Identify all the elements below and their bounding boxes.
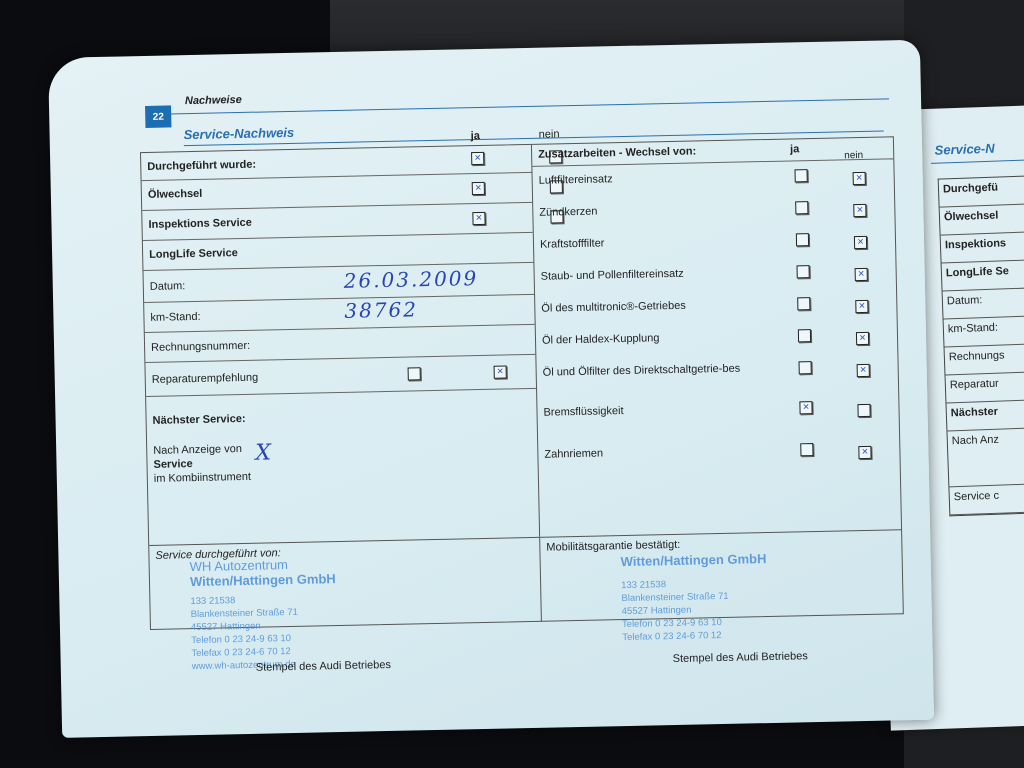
km-value[interactable]: 38762 xyxy=(344,297,418,323)
facing-page-title: Service-N xyxy=(934,141,994,158)
extras-label: Zahnriemen xyxy=(544,444,764,461)
right-column: Zusatzarbeiten - Wechsel von: ja nein Lu… xyxy=(532,137,901,536)
extras-label: Zündkerzen xyxy=(539,202,759,219)
checkbox-ja[interactable] xyxy=(797,265,810,278)
checkbox-nein[interactable]: × xyxy=(858,446,871,459)
service-by-cell: Service durchgeführt von: WH Autozentrum… xyxy=(149,538,542,630)
rechnung-label: Rechnungsnummer: xyxy=(151,340,250,354)
checkbox-ja[interactable]: × xyxy=(472,212,485,225)
page-title: Service-Nachweis xyxy=(183,125,294,142)
section-heading: Nachweise xyxy=(185,94,242,107)
facing-row: Service c xyxy=(949,484,1024,515)
ja-header: ja xyxy=(471,130,480,142)
km-label: km-Stand: xyxy=(150,311,200,324)
checkbox-ja[interactable] xyxy=(800,443,813,456)
extras-label: Öl und Ölfilter des Direktschaltgetrie-b… xyxy=(543,362,763,379)
reparatur-row: Reparaturempfehlung × xyxy=(145,355,536,397)
checkbox-ja[interactable] xyxy=(797,297,810,310)
stamp-line: Telefax 0 23 24-6 70 12 xyxy=(622,628,768,644)
facing-row: Rechnungs xyxy=(945,344,1024,375)
service-label: Ölwechsel xyxy=(148,188,203,201)
facing-row: Inspektions xyxy=(941,232,1024,263)
extras-label: Luftfiltereinsatz xyxy=(539,170,759,187)
datum-value[interactable]: 26.03.2009 xyxy=(343,266,478,293)
checkbox-nein[interactable]: × xyxy=(854,236,867,249)
mobility-label: Mobilitätsgarantie bestätigt: xyxy=(546,539,680,554)
facing-row: km-Stand: xyxy=(944,316,1024,347)
facing-rows: Durchgefü Ölwechsel Inspektions LongLife… xyxy=(938,175,1024,516)
stamp-line: Witten/Hattingen GmbH xyxy=(621,551,767,569)
nach-anzeige-mark[interactable]: X xyxy=(255,440,273,465)
facing-row: Nach Anz xyxy=(947,428,1024,487)
datum-label: Datum: xyxy=(150,280,186,293)
facing-row: LongLife Se xyxy=(942,260,1024,291)
extras-label: Öl des multitronic®-Getriebes xyxy=(541,298,761,315)
extras-row: Bremsflüssigkeit× xyxy=(537,391,899,441)
checkbox-nein[interactable]: × xyxy=(855,268,868,281)
page-number-tab: 22 xyxy=(145,105,171,128)
left-column: ja nein Durchgeführt wurde: × Ölwechsel … xyxy=(141,145,540,545)
performed-label: Durchgeführt wurde: xyxy=(147,159,256,173)
nach-anzeige-line1: Nach Anzeige von xyxy=(153,443,242,457)
reparatur-label: Reparaturempfehlung xyxy=(152,372,259,386)
facing-row: Ölwechsel xyxy=(940,204,1024,235)
stamp-caption: Stempel des Audi Betriebes xyxy=(256,659,391,674)
checkbox-nein[interactable]: × xyxy=(856,332,869,345)
extras-row: Zahnriemen× xyxy=(538,433,900,485)
booklet-page: 22 Nachweise Service-Nachweis ja nein Du… xyxy=(48,40,934,738)
checkbox-ja[interactable] xyxy=(795,201,808,214)
checkbox-reparatur-ja[interactable] xyxy=(408,367,421,380)
checkbox-ja[interactable] xyxy=(796,233,809,246)
extras-label: Bremsflüssigkeit xyxy=(543,402,763,419)
stamp-section: Service durchgeführt von: WH Autozentrum… xyxy=(149,529,903,630)
facing-row: Nächster xyxy=(946,400,1024,431)
facing-row: Reparatur xyxy=(946,372,1024,403)
extras-label: Öl der Haldex-Kupplung xyxy=(542,330,762,347)
service-label: Inspektions Service xyxy=(148,217,252,231)
checkbox-ja[interactable]: × xyxy=(471,152,484,165)
stamp-line: Witten/Hattingen GmbH xyxy=(190,571,336,589)
stamp-caption: Stempel des Audi Betriebes xyxy=(673,650,808,665)
ja-header: ja xyxy=(790,143,799,155)
nach-anzeige-line3: im Kombiinstrument xyxy=(154,471,251,485)
nach-anzeige-line2: Service xyxy=(153,458,192,471)
nein-header: nein xyxy=(539,128,560,140)
checkbox-nein[interactable]: × xyxy=(855,300,868,313)
extras-label: Staub- und Pollenfiltereinsatz xyxy=(541,266,761,283)
checkbox-nein[interactable]: × xyxy=(853,172,866,185)
service-form: ja nein Durchgeführt wurde: × Ölwechsel … xyxy=(140,136,904,630)
checkbox-nein[interactable] xyxy=(857,404,870,417)
extras-label: Kraftstofffilter xyxy=(540,234,760,251)
checkbox-nein[interactable]: × xyxy=(857,364,870,377)
facing-row: Datum: xyxy=(943,288,1024,319)
dealer-stamp: WH Autozentrum Witten/Hattingen GmbH 133… xyxy=(190,556,338,673)
dealer-stamp: Witten/Hattingen GmbH 133 21538 Blankens… xyxy=(621,551,769,644)
mobility-cell: Mobilitätsgarantie bestätigt: Witten/Hat… xyxy=(540,530,903,622)
checkbox-ja[interactable]: × xyxy=(472,182,485,195)
checkbox-ja[interactable] xyxy=(798,329,811,342)
facing-title-underline xyxy=(931,159,1024,164)
extras-header: Zusatzarbeiten - Wechsel von: xyxy=(538,145,696,160)
service-label: LongLife Service xyxy=(149,247,238,261)
checkbox-ja[interactable] xyxy=(799,361,812,374)
checkbox-ja[interactable] xyxy=(794,169,807,182)
next-service-label: Nächster Service: xyxy=(152,413,245,427)
checkbox-reparatur-nein[interactable]: × xyxy=(494,365,507,378)
section-rule xyxy=(169,98,889,114)
facing-row: Durchgefü xyxy=(939,176,1024,207)
checkbox-nein[interactable]: × xyxy=(853,204,866,217)
checkbox-ja[interactable]: × xyxy=(799,401,812,414)
